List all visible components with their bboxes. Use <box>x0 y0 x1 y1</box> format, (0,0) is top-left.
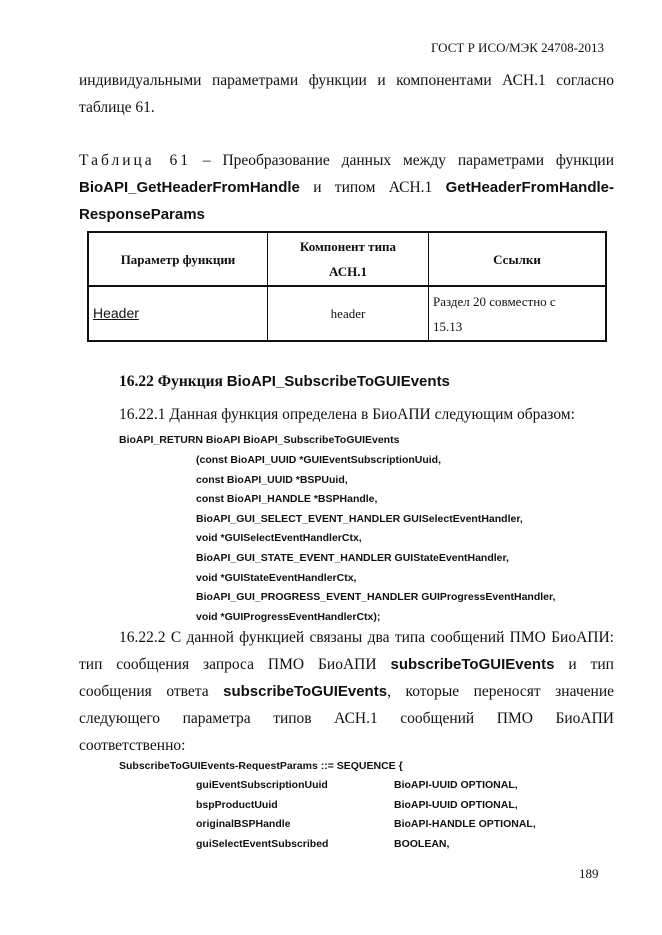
param-line: BioAPI_GUI_SELECT_EVENT_HANDLER GUISelec… <box>196 513 555 533</box>
refs-line-2: 15.13 <box>433 314 601 339</box>
asn-field-type: BioAPI-HANDLE OPTIONAL, <box>394 818 536 830</box>
asn-field-name: bspProductUuid <box>196 799 278 811</box>
intro-line-1: индивидуальными параметрами функции и ко… <box>79 67 614 94</box>
p2-line-5: соответственно: <box>79 732 614 759</box>
param-line: BioAPI_GUI_PROGRESS_EVENT_HANDLER GUIPro… <box>196 591 555 611</box>
asn-sequence-header: SubscribeToGUIEvents-RequestParams ::= S… <box>119 760 403 772</box>
cell-param: Header <box>88 286 268 341</box>
page-number: 189 <box>579 866 599 882</box>
p2-line-2-bold: subscribeToGUIEvents <box>391 656 555 673</box>
function-params: (const BioAPI_UUID *GUIEventSubscription… <box>196 454 555 630</box>
function-signature: BioAPI_RETURN BioAPI BioAPI_SubscribeToG… <box>119 434 399 446</box>
cell-refs: Раздел 20 совместно с15.13 <box>429 286 607 341</box>
header-param: Параметр функции <box>88 232 268 286</box>
asn-field-type: BioAPI-UUID OPTIONAL, <box>394 799 518 811</box>
section-func-name: BioAPI_SubscribeToGUIEvents <box>227 373 450 390</box>
caption-middle: и типом АСН.1 <box>300 179 446 196</box>
section-number-title: 16.22 Функция <box>119 373 227 390</box>
p2-line-2-a: тип сообщения запроса ПМО БиоАПИ <box>79 656 391 673</box>
caption-func-name: BioAPI_GetHeaderFromHandle <box>79 179 300 196</box>
asn-field-type: BOOLEAN, <box>394 838 449 850</box>
param-header-link[interactable]: Header <box>93 305 139 321</box>
asn-field-name: originalBSPHandle <box>196 818 291 830</box>
param-line: const BioAPI_UUID *BSPUuid, <box>196 474 555 494</box>
asn-fields: guiEventSubscriptionUuidBioAPI-UUID OPTI… <box>196 779 328 857</box>
p2-line-1: 16.22.2 С данной функцией связаны два ти… <box>79 624 614 651</box>
p2-line-2: тип сообщения запроса ПМО БиоАПИ subscri… <box>79 651 614 678</box>
caption-line-2: BioAPI_GetHeaderFromHandle и типом АСН.1… <box>79 174 614 201</box>
p2-line-3-a: сообщения ответа <box>79 683 223 700</box>
caption-text: – Преобразование данных между параметрам… <box>191 152 614 169</box>
paragraph-16-22-1: 16.22.1 Данная функция определена в БиоА… <box>119 406 575 424</box>
asn-field: originalBSPHandleBioAPI-HANDLE OPTIONAL, <box>196 818 328 838</box>
cell-component: header <box>268 286 429 341</box>
header-component-line-2: АСН.1 <box>272 259 424 284</box>
p2-line-3-bold: subscribeToGUIEvents <box>223 683 387 700</box>
asn-field-name: guiEventSubscriptionUuid <box>196 779 328 791</box>
param-line: BioAPI_GUI_STATE_EVENT_HANDLER GUIStateE… <box>196 552 555 572</box>
refs-line-1: Раздел 20 совместно с <box>433 289 601 314</box>
asn-field-type: BioAPI-UUID OPTIONAL, <box>394 779 518 791</box>
asn-field: guiEventSubscriptionUuidBioAPI-UUID OPTI… <box>196 779 328 799</box>
p2-line-2-b: и тип <box>554 656 614 673</box>
caption-type-name-1: GetHeaderFromHandle- <box>446 179 614 196</box>
table-row: Header header Раздел 20 совместно с15.13 <box>88 286 606 341</box>
p2-line-4: следующего параметра типов АСН.1 сообщен… <box>79 705 614 732</box>
header-component: Компонент типаАСН.1 <box>268 232 429 286</box>
paragraph-16-22-2: 16.22.2 С данной функцией связаны два ти… <box>79 624 614 759</box>
section-title: 16.22 Функция BioAPI_SubscribeToGUIEvent… <box>119 373 450 391</box>
param-line: void *GUIStateEventHandlerCtx, <box>196 572 555 592</box>
caption-line-1: Таблица 61 – Преобразование данных между… <box>79 147 614 174</box>
intro-paragraph: индивидуальными параметрами функции и ко… <box>79 67 614 121</box>
param-line: void *GUISelectEventHandlerCtx, <box>196 532 555 552</box>
header-refs: Ссылки <box>429 232 607 286</box>
table-header-row: Параметр функции Компонент типаАСН.1 Ссы… <box>88 232 606 286</box>
intro-line-2: таблице 61. <box>79 94 614 121</box>
header-component-line-1: Компонент типа <box>272 234 424 259</box>
asn-field: guiSelectEventSubscribedBOOLEAN, <box>196 838 328 858</box>
table-61: Параметр функции Компонент типаАСН.1 Ссы… <box>87 231 607 342</box>
caption-label: Таблица 61 <box>79 152 191 169</box>
table-caption: Таблица 61 – Преобразование данных между… <box>79 147 614 228</box>
param-line: const BioAPI_HANDLE *BSPHandle, <box>196 493 555 513</box>
caption-line-3: ResponseParams <box>79 201 614 228</box>
param-line: (const BioAPI_UUID *GUIEventSubscription… <box>196 454 555 474</box>
caption-type-name-2: ResponseParams <box>79 206 205 223</box>
document-code: ГОСТ Р ИСО/МЭК 24708-2013 <box>431 40 604 56</box>
asn-field-name: guiSelectEventSubscribed <box>196 838 328 850</box>
p2-line-3-b: , которые переносят значение <box>387 683 614 700</box>
p2-line-3: сообщения ответа subscribeToGUIEvents, к… <box>79 678 614 705</box>
asn-field: bspProductUuidBioAPI-UUID OPTIONAL, <box>196 799 328 819</box>
